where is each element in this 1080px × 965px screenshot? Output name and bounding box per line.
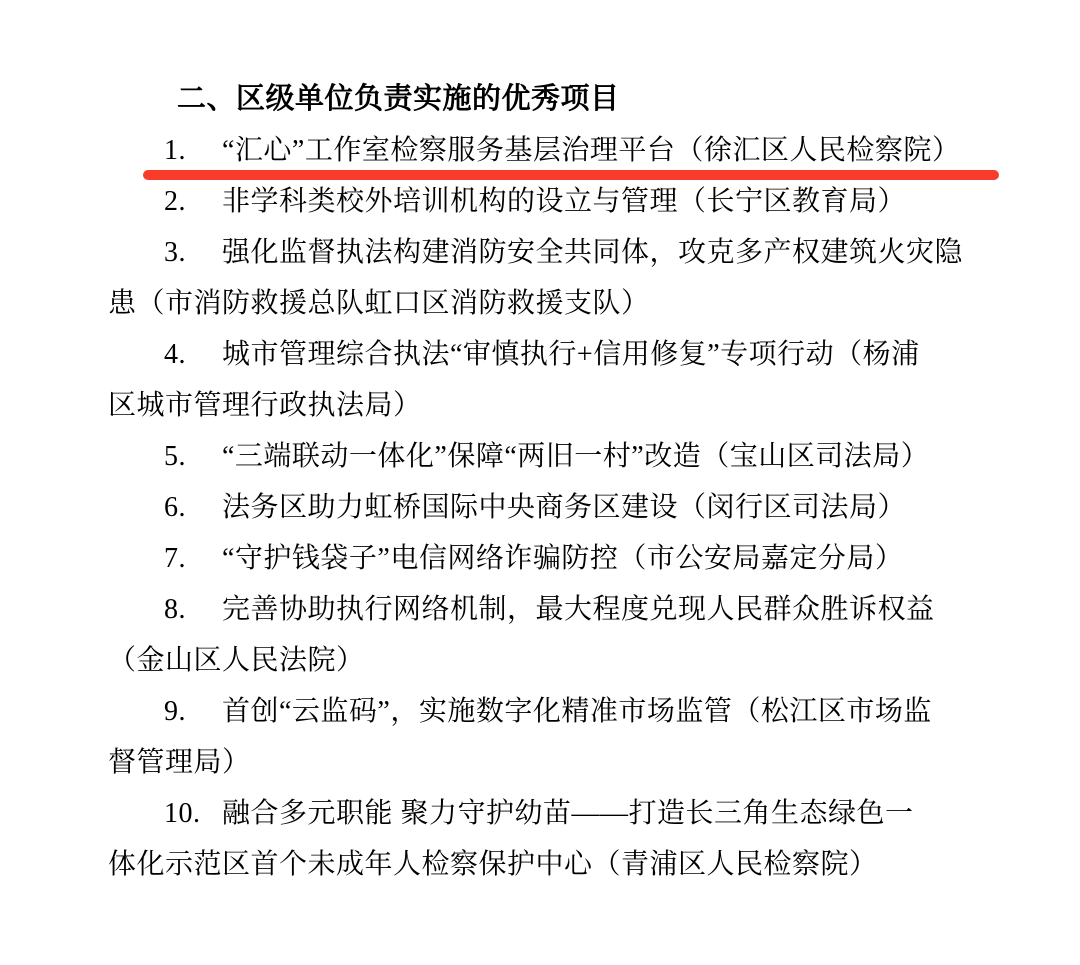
item-number: 7. [164,533,222,584]
list-item: 9.首创“云监码”，实施数字化精准市场监管（松江区市场监督管理局） [108,686,1080,788]
item-continuation-line: 患（市消防救援总队虹口区消防救援支队） [108,278,1080,329]
item-text: 非学科类校外培训机构的设立与管理（长宁区教育局） [222,186,906,217]
list-item: 3.强化监督执法构建消防安全共同体，攻克多产权建筑火灾隐患（市消防救援总队虹口区… [108,227,1080,329]
item-first-line: 1.“汇心”工作室检察服务基层治理平台（徐汇区人民检察院） [108,125,1080,176]
item-text: 首创“云监码”，实施数字化精准市场监管（松江区市场监 [222,696,932,727]
item-first-line: 8.完善协助执行网络机制，最大程度兑现人民群众胜诉权益 [108,584,1080,635]
list-item: 2.非学科类校外培训机构的设立与管理（长宁区教育局） [108,176,1080,227]
item-text: 城市管理综合执法“审慎执行+信用修复”专项行动（杨浦 [222,339,920,370]
item-first-line: 9.首创“云监码”，实施数字化精准市场监管（松江区市场监 [108,686,1080,737]
item-text: “三端联动一体化”保障“两旧一村”改造（宝山区司法局） [222,441,929,472]
item-continuation-line: 体化示范区首个未成年人检察保护中心（青浦区人民检察院） [108,839,1080,890]
section-heading: 二、区级单位负责实施的优秀项目 [108,74,1080,125]
item-text: “汇心”工作室检察服务基层治理平台（徐汇区人民检察院） [222,135,960,166]
list-item: 8.完善协助执行网络机制，最大程度兑现人民群众胜诉权益（金山区人民法院） [108,584,1080,686]
item-first-line: 3.强化监督执法构建消防安全共同体，攻克多产权建筑火灾隐 [108,227,1080,278]
item-first-line: 10.融合多元职能 聚力守护幼苗——打造长三角生态绿色一 [108,788,1080,839]
document-page: 二、区级单位负责实施的优秀项目 1.“汇心”工作室检察服务基层治理平台（徐汇区人… [0,0,1080,965]
item-number: 3. [164,227,222,278]
item-continuation-line: 督管理局） [108,737,1080,788]
item-text: 完善协助执行网络机制，最大程度兑现人民群众胜诉权益 [222,594,935,625]
list-item: 6.法务区助力虹桥国际中央商务区建设（闵行区司法局） [108,482,1080,533]
project-list: 1.“汇心”工作室检察服务基层治理平台（徐汇区人民检察院）2.非学科类校外培训机… [108,125,1080,890]
list-item: 4.城市管理综合执法“审慎执行+信用修复”专项行动（杨浦区城市管理行政执法局） [108,329,1080,431]
item-number: 5. [164,431,222,482]
item-text: 法务区助力虹桥国际中央商务区建设（闵行区司法局） [222,492,906,523]
item-text: “守护钱袋子”电信网络诈骗防控（市公安局嘉定分局） [222,543,903,574]
item-number: 4. [164,329,222,380]
list-item: 7.“守护钱袋子”电信网络诈骗防控（市公安局嘉定分局） [108,533,1080,584]
item-number: 6. [164,482,222,533]
list-item: 5.“三端联动一体化”保障“两旧一村”改造（宝山区司法局） [108,431,1080,482]
item-number: 2. [164,176,222,227]
item-number: 8. [164,584,222,635]
item-continuation-line: 区城市管理行政执法局） [108,380,1080,431]
item-first-line: 5.“三端联动一体化”保障“两旧一村”改造（宝山区司法局） [108,431,1080,482]
list-item: 10.融合多元职能 聚力守护幼苗——打造长三角生态绿色一体化示范区首个未成年人检… [108,788,1080,890]
item-number: 9. [164,686,222,737]
item-first-line: 4.城市管理综合执法“审慎执行+信用修复”专项行动（杨浦 [108,329,1080,380]
item-text: 强化监督执法构建消防安全共同体，攻克多产权建筑火灾隐 [222,237,963,268]
list-item: 1.“汇心”工作室检察服务基层治理平台（徐汇区人民检察院） [108,125,1080,176]
item-continuation-line: （金山区人民法院） [108,635,1080,686]
item-number: 1. [164,125,222,176]
item-number: 10. [164,788,222,839]
item-text: 融合多元职能 聚力守护幼苗——打造长三角生态绿色一 [222,798,914,829]
item-first-line: 6.法务区助力虹桥国际中央商务区建设（闵行区司法局） [108,482,1080,533]
item-first-line: 7.“守护钱袋子”电信网络诈骗防控（市公安局嘉定分局） [108,533,1080,584]
item-first-line: 2.非学科类校外培训机构的设立与管理（长宁区教育局） [108,176,1080,227]
